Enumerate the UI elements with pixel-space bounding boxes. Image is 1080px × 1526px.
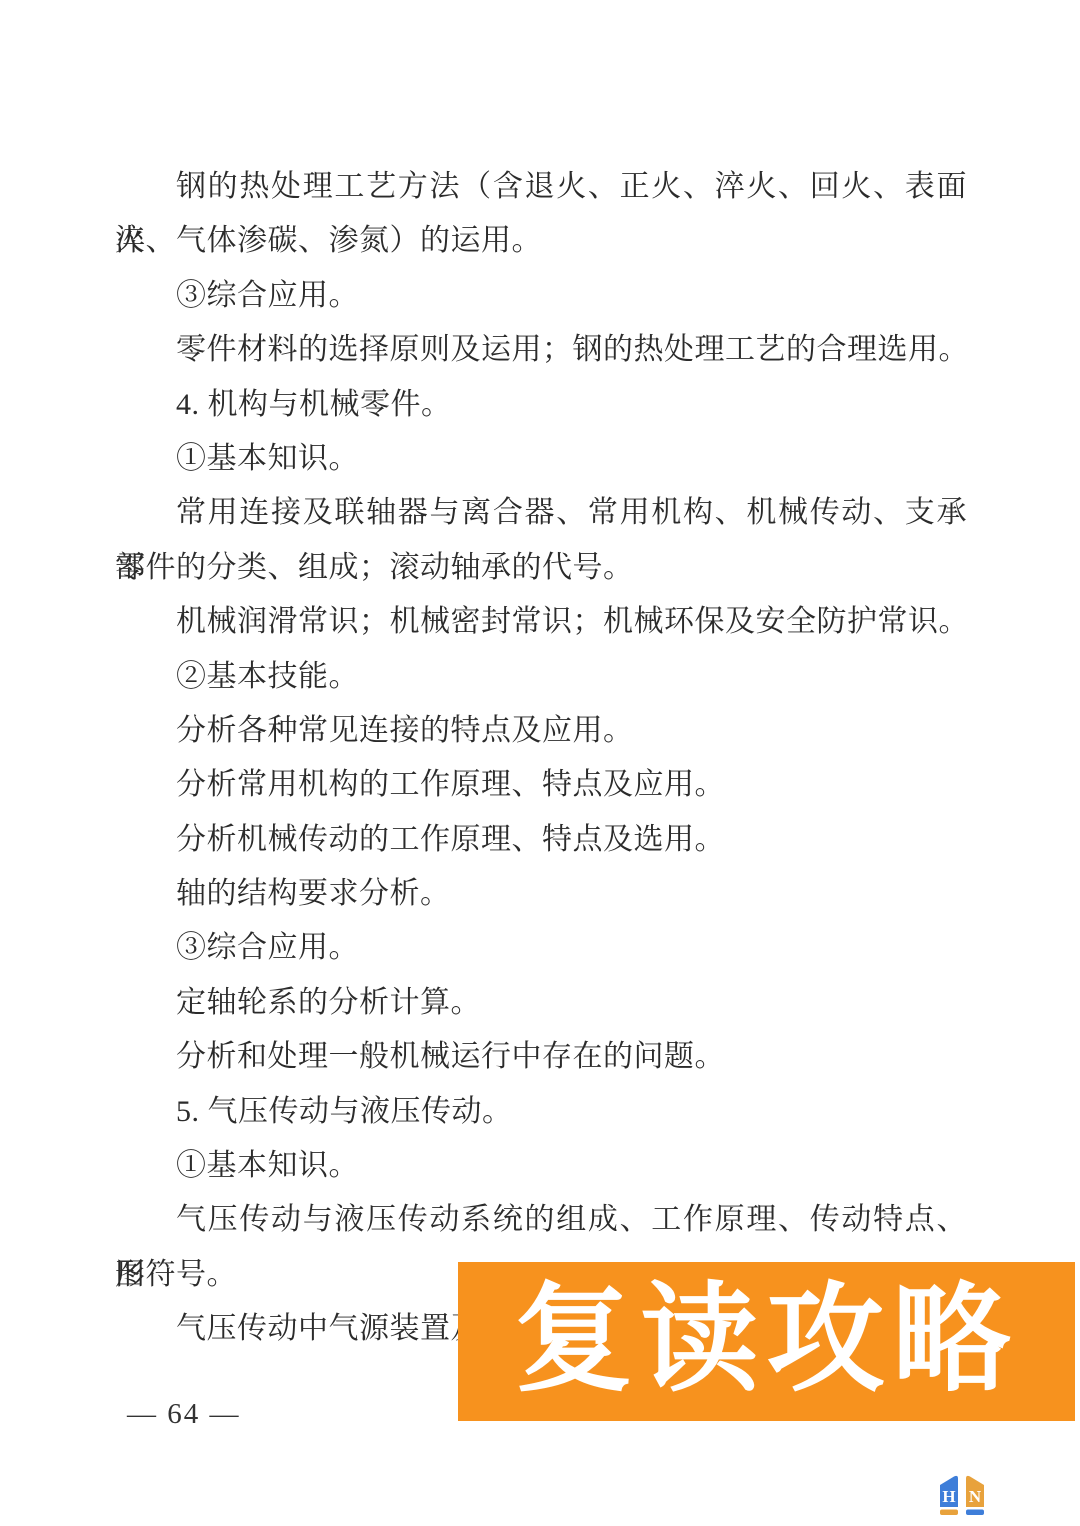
text-line: 分析常用机构的工作原理、特点及应用。 <box>115 758 967 812</box>
logo-letter-n: N <box>969 1487 982 1506</box>
text-line: 常用连接及联轴器与离合器、常用机构、机械传动、支承零 <box>115 486 967 540</box>
logo-letter-h: H <box>942 1487 955 1506</box>
text-line: 部件的分类、组成；滚动轴承的代号。 <box>115 541 967 595</box>
hn-books-icon: H N <box>936 1472 988 1520</box>
logo-right-underline <box>966 1510 984 1516</box>
hn-logo: H N <box>936 1472 988 1520</box>
text-line: 轴的结构要求分析。 <box>115 867 967 921</box>
text-line: 零件材料的选择原则及运用；钢的热处理工艺的合理选用。 <box>115 323 967 377</box>
text-line: ②基本技能。 <box>115 650 967 704</box>
text-line: 钢的热处理工艺方法（含退火、正火、淬火、回火、表面淬 <box>115 160 967 214</box>
logo-left-underline <box>940 1510 958 1516</box>
text-line: 定轴轮系的分析计算。 <box>115 976 967 1030</box>
text-line: 分析各种常见连接的特点及应用。 <box>115 704 967 758</box>
text-line: ③综合应用。 <box>115 921 967 975</box>
page-number: — 64 — <box>127 1398 241 1431</box>
text-line: ①基本知识。 <box>115 432 967 486</box>
text-line: 火、气体渗碳、渗氮）的运用。 <box>115 214 967 268</box>
document-body: 钢的热处理工艺方法（含退火、正火、淬火、回火、表面淬火、气体渗碳、渗氮）的运用。… <box>115 160 967 1357</box>
text-line: 机械润滑常识；机械密封常识；机械环保及安全防护常识。 <box>115 595 967 649</box>
text-line: ①基本知识。 <box>115 1139 967 1193</box>
text-line: ③综合应用。 <box>115 269 967 323</box>
text-line: 5. 气压传动与液压传动。 <box>115 1085 967 1139</box>
repeat-strategy-watermark: 复读攻略 <box>458 1262 1075 1421</box>
text-line: 分析机械传动的工作原理、特点及选用。 <box>115 813 967 867</box>
document-page: 钢的热处理工艺方法（含退火、正火、淬火、回火、表面淬火、气体渗碳、渗氮）的运用。… <box>0 0 1080 1526</box>
text-line: 分析和处理一般机械运行中存在的问题。 <box>115 1030 967 1084</box>
text-line: 4. 机构与机械零件。 <box>115 378 967 432</box>
text-line: 气压传动与液压传动系统的组成、工作原理、传动特点、图 <box>115 1193 967 1247</box>
